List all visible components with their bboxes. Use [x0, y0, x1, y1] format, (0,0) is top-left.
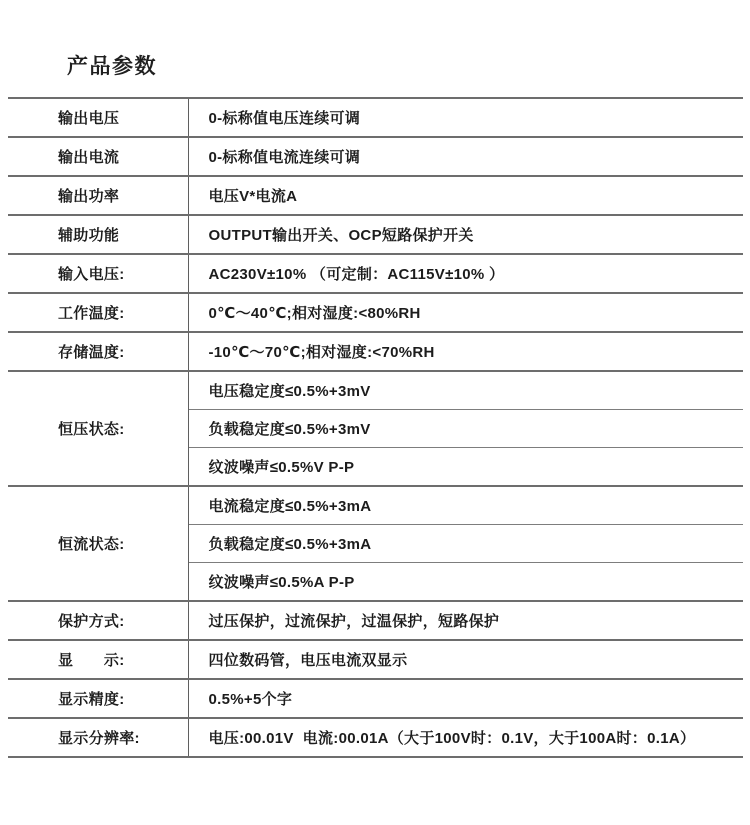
row-label-display-accuracy: 显示精度:: [8, 679, 188, 718]
row-label-working-temp: 工作温度:: [8, 293, 188, 332]
row-label-output-power: 输出功率: [8, 176, 188, 215]
row-value-cv-load-stability: 负载稳定度≤0.5%+3mV: [188, 410, 743, 448]
product-spec-page: 产品参数 输出电压 0-标称值电压连续可调 输出电流 0-标称值电流连续可调 输…: [0, 0, 750, 758]
table-row: 存储温度: -10℃～70℃;相对湿度:<70%RH: [8, 332, 743, 371]
row-label-cc-state: 恒流状态:: [8, 486, 188, 601]
table-row: 显示分辨率: 电压:00.01V 电流:00.01A（大于100V时：0.1V，…: [8, 718, 743, 757]
row-value-protection: 过压保护，过流保护，过温保护，短路保护: [188, 601, 743, 640]
row-label-input-voltage: 输入电压:: [8, 254, 188, 293]
row-label-display: 显 示:: [8, 640, 188, 679]
row-label-output-current: 输出电流: [8, 137, 188, 176]
table-row: 输出功率 电压V*电流A: [8, 176, 743, 215]
row-value-display-accuracy: 0.5%+5个字: [188, 679, 743, 718]
row-value-storage-temp: -10℃～70℃;相对湿度:<70%RH: [188, 332, 743, 371]
table-row: 恒流状态: 电流稳定度≤0.5%+3mA: [8, 486, 743, 525]
page-title: 产品参数: [0, 0, 750, 80]
row-value-cc-load-stability: 负载稳定度≤0.5%+3mA: [188, 525, 743, 563]
row-value-cv-voltage-stability: 电压稳定度≤0.5%+3mV: [188, 371, 743, 410]
table-row: 恒压状态: 电压稳定度≤0.5%+3mV: [8, 371, 743, 410]
row-value-output-current: 0-标称值电流连续可调: [188, 137, 743, 176]
row-value-cc-current-stability: 电流稳定度≤0.5%+3mA: [188, 486, 743, 525]
row-value-cc-ripple-noise: 纹波噪声≤0.5%A P-P: [188, 563, 743, 602]
table-row: 工作温度: 0℃～40℃;相对湿度:<80%RH: [8, 293, 743, 332]
row-value-output-voltage: 0-标称值电压连续可调: [188, 98, 743, 137]
row-label-aux-function: 辅助功能: [8, 215, 188, 254]
row-value-aux-function: OUTPUT输出开关、OCP短路保护开关: [188, 215, 743, 254]
row-value-display: 四位数码管，电压电流双显示: [188, 640, 743, 679]
row-label-output-voltage: 输出电压: [8, 98, 188, 137]
table-row: 保护方式: 过压保护，过流保护，过温保护，短路保护: [8, 601, 743, 640]
row-value-working-temp: 0℃～40℃;相对湿度:<80%RH: [188, 293, 743, 332]
table-row: 输出电流 0-标称值电流连续可调: [8, 137, 743, 176]
row-value-output-power: 电压V*电流A: [188, 176, 743, 215]
spec-table: 输出电压 0-标称值电压连续可调 输出电流 0-标称值电流连续可调 输出功率 电…: [8, 97, 743, 758]
row-label-cv-state: 恒压状态:: [8, 371, 188, 486]
row-value-input-voltage: AC230V±10% （可定制：AC115V±10% ）: [188, 254, 743, 293]
row-label-storage-temp: 存储温度:: [8, 332, 188, 371]
row-value-cv-ripple-noise: 纹波噪声≤0.5%V P-P: [188, 448, 743, 487]
table-row: 显示精度: 0.5%+5个字: [8, 679, 743, 718]
table-row: 输入电压: AC230V±10% （可定制：AC115V±10% ）: [8, 254, 743, 293]
row-value-display-resolution: 电压:00.01V 电流:00.01A（大于100V时：0.1V，大于100A时…: [188, 718, 743, 757]
table-row: 辅助功能 OUTPUT输出开关、OCP短路保护开关: [8, 215, 743, 254]
row-label-display-resolution: 显示分辨率:: [8, 718, 188, 757]
row-label-protection: 保护方式:: [8, 601, 188, 640]
table-row: 输出电压 0-标称值电压连续可调: [8, 98, 743, 137]
table-row: 显 示: 四位数码管，电压电流双显示: [8, 640, 743, 679]
